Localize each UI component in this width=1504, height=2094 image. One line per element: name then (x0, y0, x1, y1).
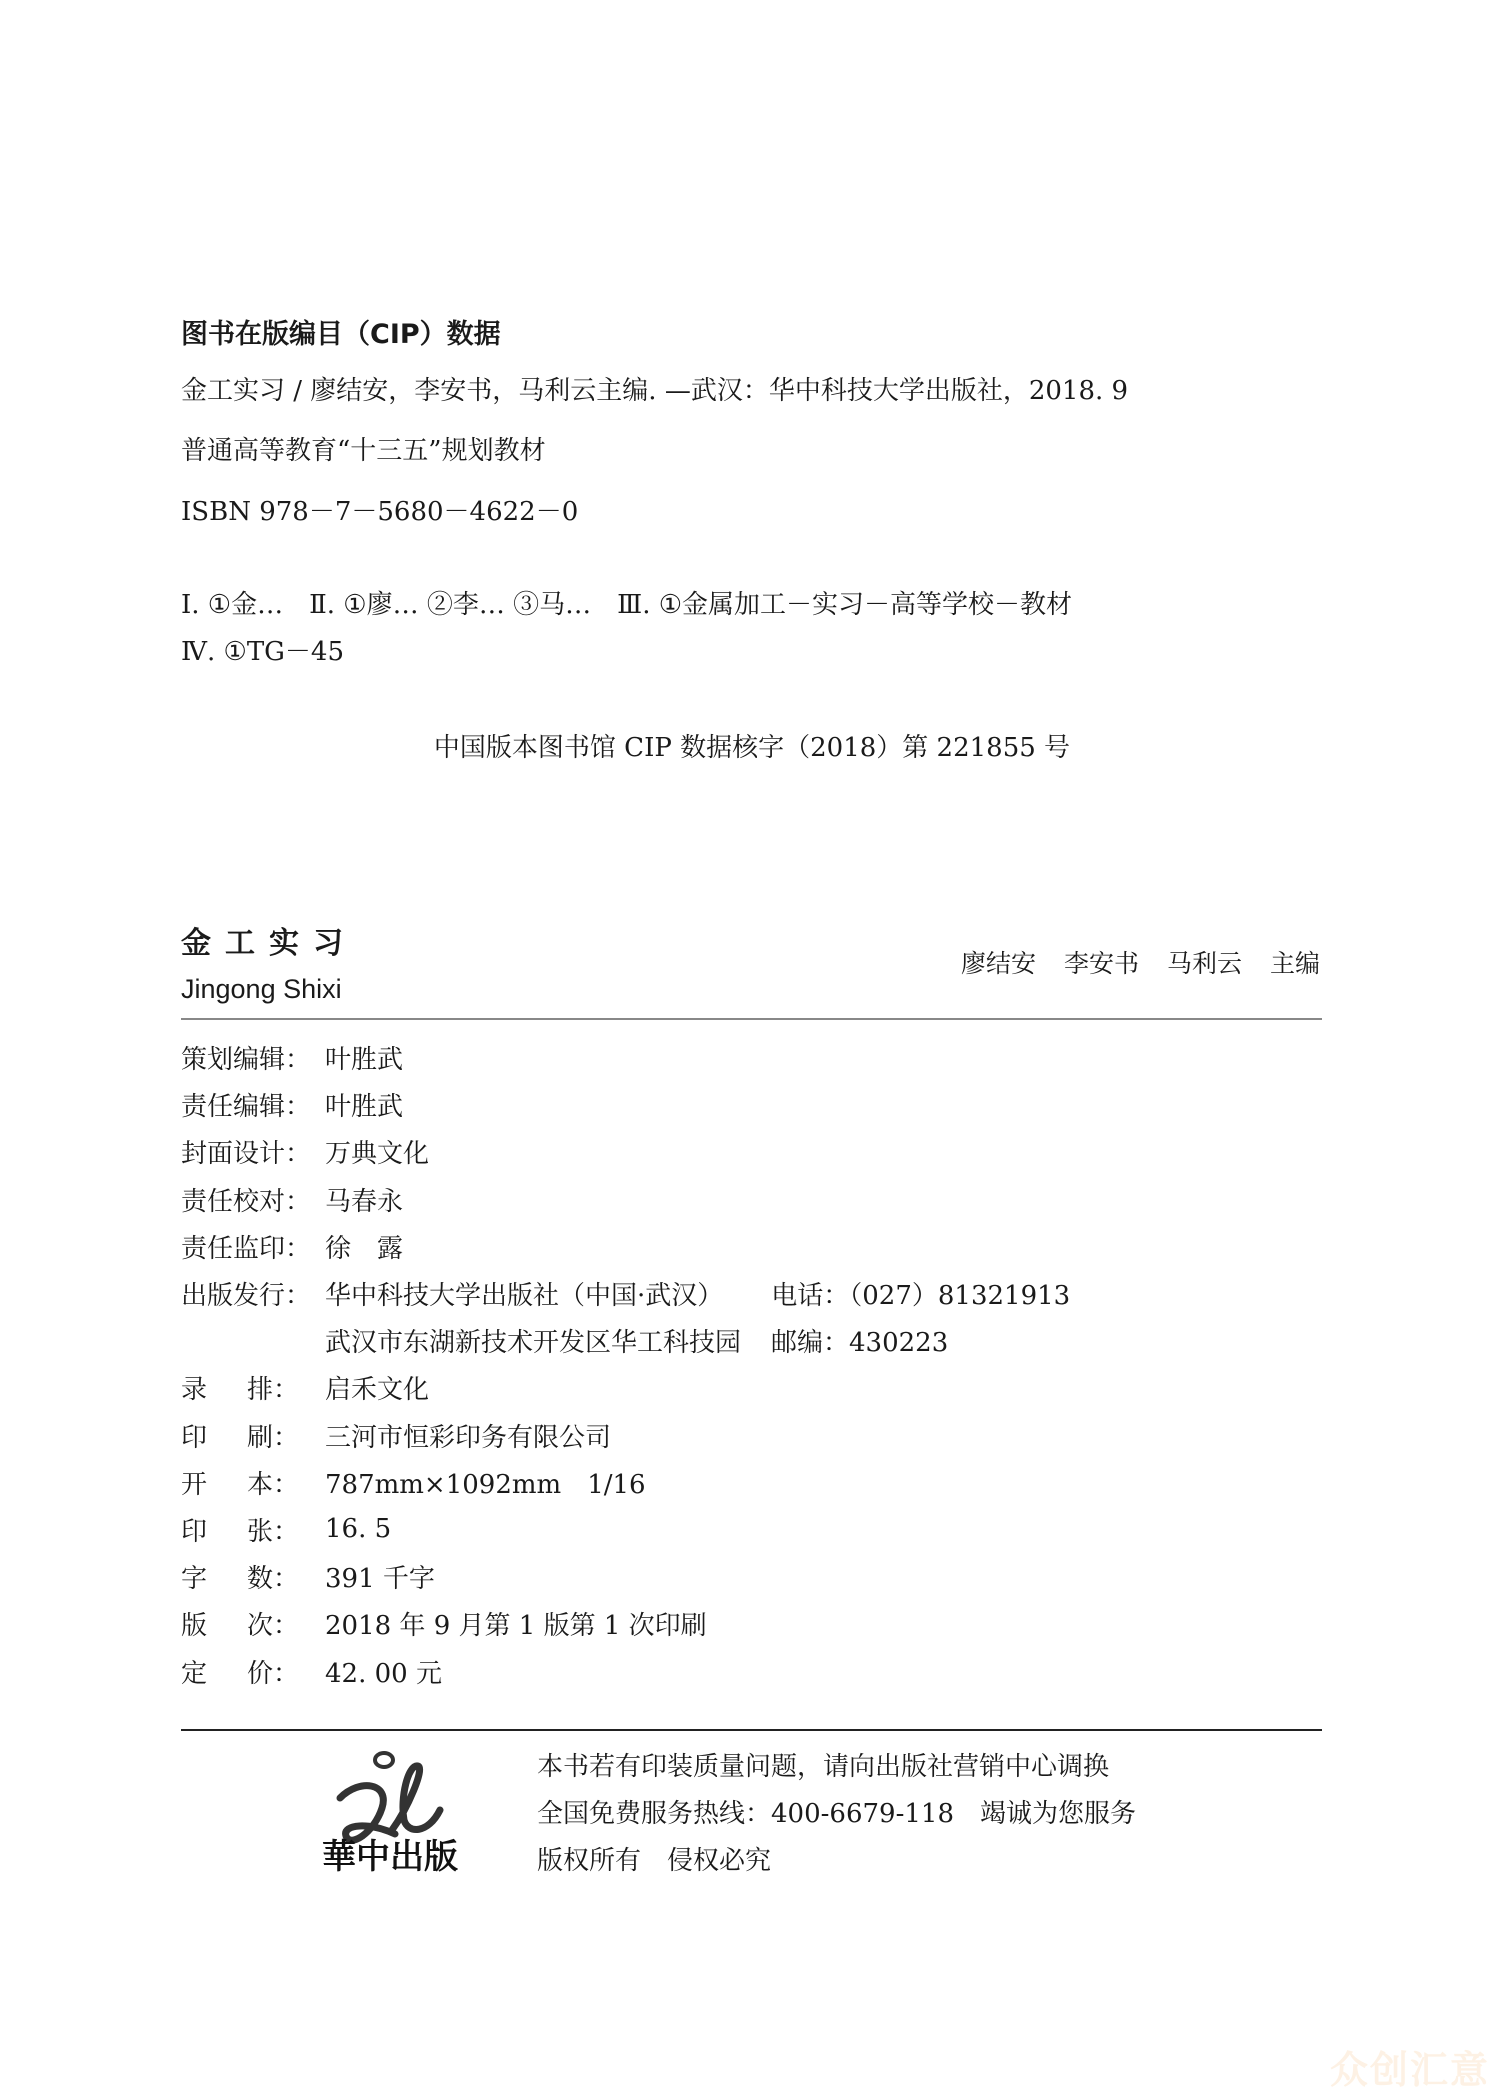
credit-label: 策划编辑： (181, 1039, 325, 1076)
credit-value: 启禾文化 (325, 1369, 429, 1406)
notice-hotline: 全国免费服务热线：400-6679-118 竭诚为您服务 (537, 1791, 1136, 1838)
publisher-phone: 电话：（027）81321913 (771, 1281, 1070, 1311)
author-1: 廖结安 (961, 949, 1036, 978)
credit-value: 徐 露 (325, 1228, 403, 1265)
cip-isbn-line: ISBN 978－7－5680－4622－0 (181, 497, 578, 527)
credit-label: 印张： (181, 1511, 325, 1548)
cip-series-line: 普通高等教育“十三五”规划教材 (181, 436, 546, 466)
credit-value: 391 千字 (325, 1558, 435, 1595)
cip-classification-line-2: Ⅳ. ①TG－45 (181, 637, 344, 667)
notice-quality: 本书若有印装质量问题，请向出版社营销中心调换 (537, 1744, 1136, 1791)
credit-row-cover-design: 封面设计： 万典文化 (181, 1128, 1070, 1175)
credit-label: 版次： (181, 1605, 325, 1642)
credit-row-word-count: 字数： 391 千字 (181, 1553, 1070, 1600)
credit-value: 三河市恒彩印务有限公司 (325, 1417, 611, 1454)
credit-value: 787mm×1092mm 1/16 (325, 1464, 646, 1501)
credit-value: 华中科技大学出版社（中国·武汉）电话：（027）81321913 (325, 1275, 1070, 1312)
cip-verification-number: 中国版本图书馆 CIP 数据核字（2018）第 221855 号 (0, 733, 1504, 763)
author-3: 马利云 (1167, 949, 1242, 978)
author-2: 李安书 (1064, 949, 1139, 978)
credit-row-format: 开本： 787mm×1092mm 1/16 (181, 1459, 1070, 1506)
credit-value: 2018 年 9 月第 1 版第 1 次印刷 (325, 1605, 707, 1642)
credit-row-sheets: 印张： 16. 5 (181, 1506, 1070, 1553)
credit-value: 马春永 (325, 1181, 403, 1218)
credit-label: 责任编辑： (181, 1086, 325, 1123)
publisher-postcode: 邮编：430223 (771, 1328, 948, 1358)
notice-copyright: 版权所有 侵权必究 (537, 1838, 1136, 1885)
publisher-mark-icon: 華中出版 (300, 1738, 480, 1878)
cip-heading: 图书在版编目（CIP）数据 (181, 312, 501, 351)
credit-value: 叶胜武 (325, 1086, 403, 1123)
credit-label: 责任校对： (181, 1181, 325, 1218)
divider-top (181, 1018, 1322, 1020)
cip-classification-line-1: Ⅰ. ①金… Ⅱ. ①廖… ②李… ③马… Ⅲ. ①金属加工－实习－高等学校－教… (181, 590, 1072, 620)
credit-value: 万典文化 (325, 1133, 429, 1170)
credit-label: 出版发行： (181, 1275, 325, 1312)
credit-row-publisher-address: 武汉市东湖新技术开发区华工科技园邮编：430223 (181, 1317, 1070, 1364)
notice-block: 本书若有印装质量问题，请向出版社营销中心调换 全国免费服务热线：400-6679… (537, 1744, 1136, 1885)
credit-label: 定价： (181, 1653, 325, 1690)
credit-label: 字数： (181, 1558, 325, 1595)
credit-row-publisher: 出版发行： 华中科技大学出版社（中国·武汉）电话：（027）81321913 (181, 1270, 1070, 1317)
credit-row-price: 定价： 42. 00 元 (181, 1647, 1070, 1694)
credit-value: 16. 5 (325, 1514, 391, 1544)
credit-row-responsible-editor: 责任编辑： 叶胜武 (181, 1081, 1070, 1128)
credit-row-planning-editor: 策划编辑： 叶胜武 (181, 1034, 1070, 1081)
book-authors: 廖结安李安书马利云主编 (961, 944, 1320, 980)
credit-row-typesetting: 录排： 启禾文化 (181, 1364, 1070, 1411)
credit-value: 叶胜武 (325, 1039, 403, 1076)
book-title-pinyin: Jingong Shixi (181, 974, 342, 1005)
watermark: 众创汇意 (1330, 2039, 1490, 2094)
credit-row-edition: 版次： 2018 年 9 月第 1 版第 1 次印刷 (181, 1600, 1070, 1647)
credit-label: 录排： (181, 1369, 325, 1406)
credit-label: 封面设计： (181, 1133, 325, 1170)
credits-list: 策划编辑： 叶胜武 责任编辑： 叶胜武 封面设计： 万典文化 责任校对： 马春永… (181, 1034, 1070, 1695)
credit-value: 武汉市东湖新技术开发区华工科技园邮编：430223 (325, 1322, 948, 1359)
credit-row-printing: 印刷： 三河市恒彩印务有限公司 (181, 1412, 1070, 1459)
publisher-name: 華中出版 (322, 1837, 458, 1877)
cip-bibliographic-line: 金工实习 / 廖结安，李安书，马利云主编. —武汉：华中科技大学出版社，2018… (181, 376, 1128, 406)
book-title: 金工实习 (181, 918, 357, 962)
credit-value: 42. 00 元 (325, 1653, 442, 1690)
credit-row-proofreader: 责任校对： 马春永 (181, 1176, 1070, 1223)
hust-press-logo: 華中出版 (300, 1738, 480, 1878)
credit-label: 责任监印： (181, 1228, 325, 1265)
author-role: 主编 (1270, 949, 1320, 978)
credit-label: 开本： (181, 1464, 325, 1501)
divider-bottom (181, 1729, 1322, 1731)
credit-label: 印刷： (181, 1417, 325, 1454)
credit-row-print-supervisor: 责任监印： 徐 露 (181, 1223, 1070, 1270)
